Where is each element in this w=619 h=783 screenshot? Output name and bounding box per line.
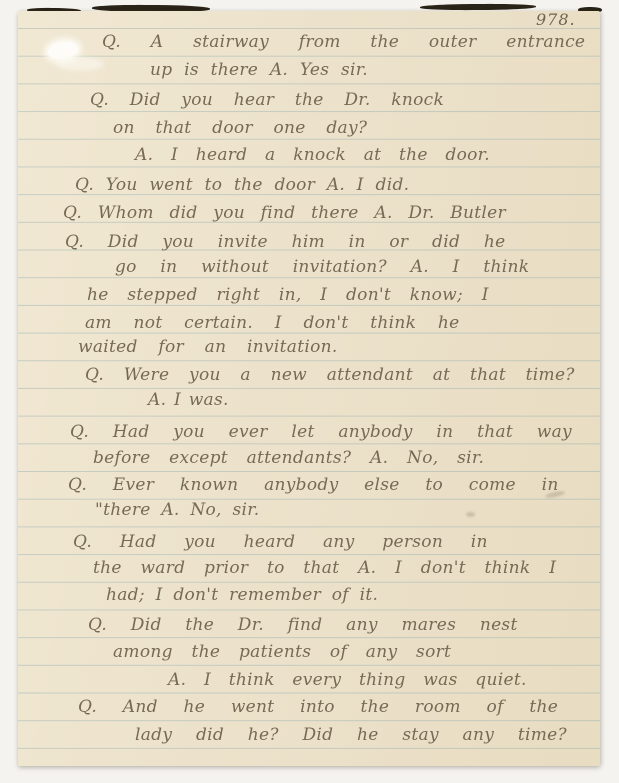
manuscript-line: before except attendants? A. No, sir. (93, 444, 484, 472)
manuscript-line: Q. Whom did you find there A. Dr. Butler (63, 199, 506, 227)
manuscript-line: Q. Ever known anybody else to come in (68, 471, 559, 499)
manuscript-text: Q. A stairway from the outer entranceup … (0, 0, 619, 783)
manuscript-line: up is there A. Yes sir. (150, 56, 368, 84)
manuscript-line: on that door one day? (113, 114, 367, 142)
manuscript-line: Q. Did you invite him in or did he (65, 228, 505, 256)
manuscript-line: A. I think every thing was quiet. (168, 666, 527, 694)
manuscript-line: lady did he? Did he stay any time? (135, 721, 567, 749)
scanned-document-page: 978. Q. A stairway from the outer entran… (0, 0, 619, 783)
manuscript-line: waited for an invitation. (78, 333, 338, 361)
manuscript-line: Q. Did the Dr. find any mares nest (88, 611, 518, 639)
manuscript-line: "there A. No, sir. (95, 496, 259, 524)
manuscript-line: Q. You went to the door A. I did. (75, 171, 409, 199)
manuscript-line: Q. Did you hear the Dr. knock (90, 86, 444, 114)
manuscript-line: among the patients of any sort (113, 638, 451, 666)
manuscript-line: he stepped right in, I don't know; I (87, 281, 489, 309)
manuscript-line: go in without invitation? A. I think (115, 253, 529, 281)
manuscript-line: the ward prior to that A. I don't think … (93, 554, 556, 582)
manuscript-line: A. I heard a knock at the door. (135, 141, 490, 169)
manuscript-line: Q. And he went into the room of the (78, 693, 558, 721)
manuscript-line: Q. Were you a new attendant at that time… (85, 361, 575, 389)
manuscript-line: A. I was. (148, 386, 229, 414)
manuscript-line: Q. A stairway from the outer entrance (102, 28, 585, 56)
manuscript-line: had; I don't remember of it. (106, 581, 378, 609)
manuscript-line: Q. Had you ever let anybody in that way (70, 418, 572, 446)
manuscript-line: Q. Had you heard any person in (73, 528, 488, 556)
